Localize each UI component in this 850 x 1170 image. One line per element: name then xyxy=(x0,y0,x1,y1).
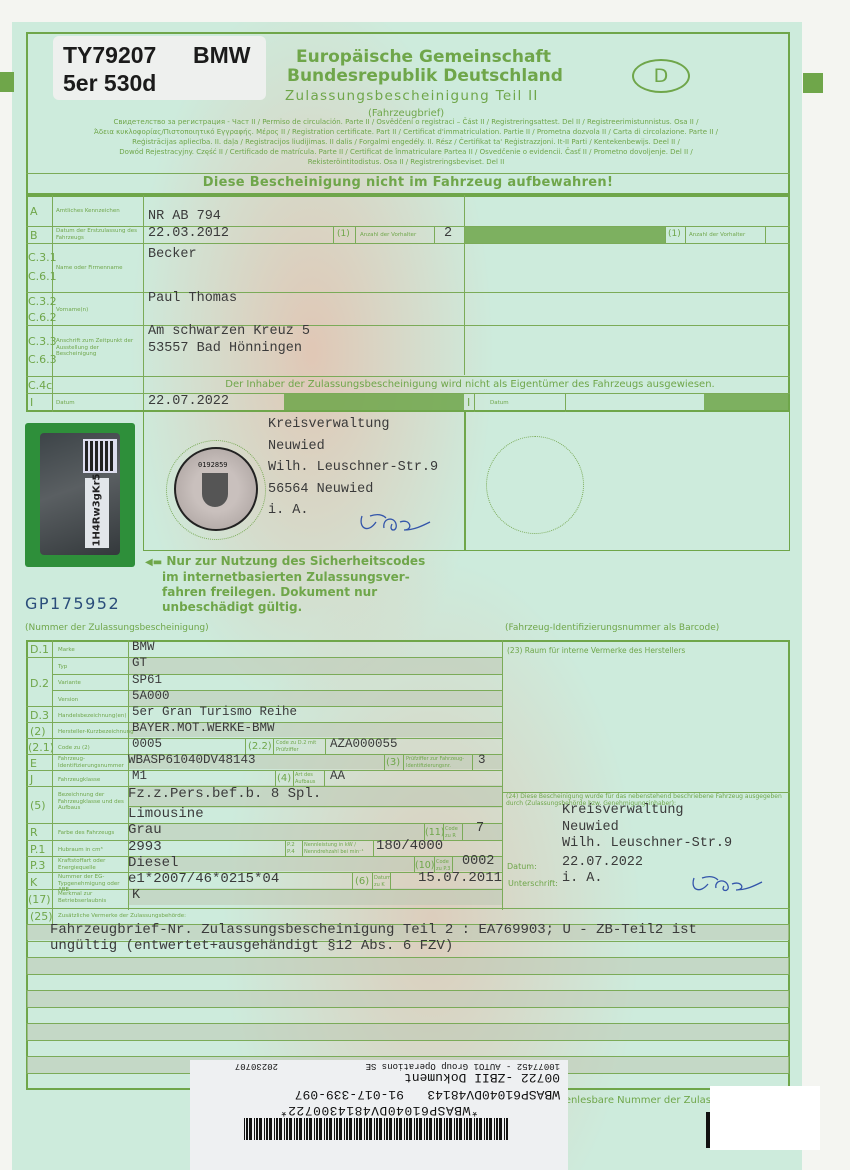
authority-line: Neuwied xyxy=(268,436,438,458)
field-code-r: R xyxy=(30,826,38,839)
signature-icon xyxy=(688,872,768,896)
field-code-2-2: (2.2) xyxy=(248,741,272,752)
field-label-version: Version xyxy=(58,697,78,704)
field-code-4: (4) xyxy=(277,773,291,784)
field-label-code-2: Code zu (2) xyxy=(58,745,90,752)
address-city-value: 53557 Bad Hönningen xyxy=(148,341,302,356)
field-label-displacement: Hubraum in cm³ xyxy=(58,847,103,854)
sticker-date: 20230707 xyxy=(235,1061,278,1071)
variant-value: SP61 xyxy=(132,673,162,687)
power-value: 180/4000 xyxy=(376,838,443,854)
field-label-check-digit: Prüfziffer zur Fahrzeug-Identifizierungs… xyxy=(406,756,470,769)
arrow-left-icon: ◀▬ xyxy=(145,557,162,568)
field-code-1: (1) xyxy=(337,229,350,239)
field-code-6: (6) xyxy=(355,876,369,887)
type-approval-value: e1*2007/46*0215*04 xyxy=(128,871,279,887)
header-title: Zulassungsbescheinigung Teil II xyxy=(285,88,539,104)
field-code-2-1: (2.1) xyxy=(28,741,54,754)
security-note: ◀▬ Nur zur Nutzung des Sicherheitscodes … xyxy=(145,554,425,615)
document-number: GP175952 xyxy=(25,594,120,613)
field-code-k: K xyxy=(30,876,37,889)
field-code-a: A xyxy=(30,205,38,218)
issuer-line: Neuwied xyxy=(562,820,732,837)
signature-icon xyxy=(356,510,436,536)
note-line: unbeschädigt gültig. xyxy=(145,600,425,615)
note-line: Nur zur Nutzung des Sicherheitscodes xyxy=(166,554,425,568)
issuer-date-value: 22.07.2022 xyxy=(562,855,643,870)
firstname-value: Paul Thomas xyxy=(148,291,237,306)
field-label-prev-owners-right: Anzahl der Vorhalter xyxy=(689,232,745,239)
issue-date-value: 22.07.2022 xyxy=(148,394,229,409)
field-label-firstname: Vorname(n) xyxy=(56,307,140,314)
field-label-power: Nennleistung in kW / Nenndrehzahl bei mi… xyxy=(304,842,372,855)
security-code-panel: 1H4Rw3gKr5 xyxy=(25,423,135,567)
vehicle-class-value: M1 xyxy=(132,769,147,783)
warning-text: Diese Bescheinigung nicht im Fahrzeug au… xyxy=(26,175,790,190)
remarks-line-1: Fahrzeugbrief-Nr. Zulassungsbescheinigun… xyxy=(50,922,697,938)
previous-owners-value: 2 xyxy=(444,226,452,241)
field-code-i: I xyxy=(30,396,33,409)
multilang-line: Dowód Rejestracyjny. Część II / Certific… xyxy=(36,147,776,157)
seal-outline-empty xyxy=(486,436,584,534)
note-line: im internetbasierten Zulassungsver- xyxy=(145,570,425,585)
field-code-c31: C.3.1 xyxy=(28,251,57,264)
void-bar xyxy=(704,394,790,411)
field-code-p3: P.3 xyxy=(30,859,45,872)
field-label-manufacturer: Hersteller-Kurzbezeichnung xyxy=(58,729,134,736)
check-digit-value: 3 xyxy=(478,753,486,767)
body-type-value: AA xyxy=(330,769,345,783)
color-value: Grau xyxy=(128,822,162,838)
field-label-remarks: Zusätzliche Vermerke der Zulassungsbehör… xyxy=(58,913,186,920)
issuer-line: Kreisverwaltung xyxy=(562,803,732,820)
multilang-line: Rekisteröintitodistus. Osa II / Registre… xyxy=(36,157,776,167)
field-code-c61: C.6.1 xyxy=(28,270,57,283)
license-plate-value: NR AB 794 xyxy=(148,209,221,224)
color-code-value: 7 xyxy=(476,821,484,836)
field-label-name: Name oder Firmenname xyxy=(56,265,140,272)
issuer-date-label: Datum: xyxy=(507,862,537,871)
field-code-3: (3) xyxy=(386,757,400,768)
authority-line: Kreisverwaltung xyxy=(268,414,438,436)
sticker-company: 10077452 - AUTO1 Group Operations SE xyxy=(366,1061,560,1071)
hologram-label: 1H4Rw3gKr5 xyxy=(40,433,120,555)
sticker-vin: WBASP61040DV48143 xyxy=(427,1087,560,1102)
multilingual-title: Свидетелство за регистрация - Част II / … xyxy=(36,117,776,167)
datamatrix-code-icon xyxy=(83,439,117,473)
field-code-5: (5) xyxy=(30,799,46,812)
security-code-text: 1H4Rw3gKr5 xyxy=(92,477,103,547)
void-bar xyxy=(284,394,464,411)
field-code-i-right: I xyxy=(467,396,470,409)
header-germany: Bundesrepublik Deutschland xyxy=(287,66,563,86)
displacement-value: 2993 xyxy=(128,839,162,855)
authority-line: 56564 Neuwied xyxy=(268,479,438,501)
document-number-label: (Nummer der Zulassungsbescheinigung) xyxy=(25,623,209,633)
field-label-prev-owners: Anzahl der Vorhalter xyxy=(360,232,416,239)
field-code-c62: C.6.2 xyxy=(28,311,57,324)
version-value: 5A000 xyxy=(132,689,170,703)
security-code-strip: 1H4Rw3gKr5 xyxy=(85,478,109,548)
operating-permit-value: K xyxy=(132,888,140,903)
fuel-code-value: 0002 xyxy=(462,854,494,869)
barcode-text: *WBASP61040DV4814300722* xyxy=(190,1103,568,1118)
authority-line: Wilh. Leuschner-Str.9 xyxy=(268,457,438,479)
edge-marker-right xyxy=(803,73,823,93)
coat-of-arms-icon xyxy=(202,473,228,507)
ownership-disclaimer: Der Inhaber der Zulassungsbescheinigung … xyxy=(150,379,790,390)
field-label-class-body: Bezeichnung der Fahrzeugklasse und des A… xyxy=(58,792,126,812)
class-description-value: Fz.z.Pers.bef.b. 8 Spl. xyxy=(128,786,321,802)
signature-label: Unterschrift: xyxy=(508,879,558,888)
sticker-ref: 91-017-339-097 xyxy=(295,1087,404,1102)
manufacturer-value: BAYER.MOT.WERKE-BMW xyxy=(132,721,275,735)
field-code-d2: D.2 xyxy=(30,677,49,690)
manufacturer-code-value: 0005 xyxy=(132,737,162,751)
field-code-11: (11) xyxy=(425,827,445,838)
field-code-p2-p4: P.2 P.4 xyxy=(287,842,301,855)
multilang-line: Свидетелство за регистрация - Част II / … xyxy=(36,117,776,127)
sticker-vin-line: WBASP61040DV48143 91-017-339-097 xyxy=(295,1087,560,1102)
field-label-b: Datum der Erstzulassung des Fahrzeugs xyxy=(56,228,140,241)
multilang-line: Άδεια κυκλοφορίας/Πιστοποιητικό Εγγραφής… xyxy=(36,127,776,137)
field-label-approval-date: Datum zu K xyxy=(374,875,390,888)
field-label-fuel: Kraftstoffart oder Energiequelle xyxy=(58,858,126,871)
field-code-d3: D.3 xyxy=(30,709,49,722)
fuel-value: Diesel xyxy=(128,855,178,871)
field-label-color: Farbe des Fahrzeugs xyxy=(58,830,114,837)
field-label-date-right: Datum xyxy=(490,400,509,407)
field-code-p1: P.1 xyxy=(30,843,45,856)
country-code-oval: D xyxy=(632,59,690,93)
field-label-body-type: Art des Aufbaus xyxy=(295,772,323,785)
field-label-date: Datum xyxy=(56,400,75,407)
multilang-line: Reģistrācijas apliecība. II. daļa / Regi… xyxy=(36,137,776,147)
seal-number: 0192859 xyxy=(198,461,228,469)
field-label-make: Marke xyxy=(58,647,75,654)
signature-value: i. A. xyxy=(562,871,603,886)
issuer-address: Kreisverwaltung Neuwied Wilh. Leuschner-… xyxy=(562,803,732,853)
field-label-type: Typ xyxy=(58,664,67,671)
vin-barcode-label: (Fahrzeug-Identifizierungsnummer als Bar… xyxy=(505,623,719,633)
redaction-box xyxy=(710,1086,820,1150)
sticker-brand: BMW xyxy=(193,42,250,69)
field-label-color-code: Code zu R xyxy=(445,826,461,839)
edge-marker-left xyxy=(0,72,14,92)
official-seal: 0192859 xyxy=(174,447,258,531)
sticker-stock-number: TY79207 xyxy=(63,42,156,69)
field-label-a: Amtliches Kennzeichen xyxy=(56,208,140,215)
sticker-model: 5er 530d xyxy=(63,70,156,97)
vin-value: WBASP61040DV48143 xyxy=(128,753,256,767)
field-label-address: Anschrift zum Zeitpunkt der Ausstellung … xyxy=(56,338,140,358)
body-description-value: Limousine xyxy=(128,806,204,822)
void-bar xyxy=(465,227,665,243)
header-eu: Europäische Gemeinschaft xyxy=(296,47,551,67)
sticker-document-type: 00722 -ZBII Dokument xyxy=(404,1070,560,1085)
type-code-value: AZA000055 xyxy=(330,737,398,751)
field-code-c32: C.3.2 xyxy=(28,295,57,308)
field-label-vehicle-class: Fahrzeugklasse xyxy=(58,777,100,784)
authority-address: Kreisverwaltung Neuwied Wilh. Leuschner-… xyxy=(268,414,438,522)
trade-name-value: 5er Gran Turismo Reihe xyxy=(132,705,297,719)
surname-value: Becker xyxy=(148,247,197,262)
issuer-line: Wilh. Leuschner-Str.9 xyxy=(562,836,732,853)
address-street-value: Am schwarzen Kreuz 5 xyxy=(148,324,310,339)
field-code-c63: C.6.3 xyxy=(28,353,57,366)
field-label-variant: Variante xyxy=(58,680,81,687)
field-code-1-right: (1) xyxy=(668,229,681,239)
field-label-operating-permit: Merkmal zur Betriebserlaubnis xyxy=(58,891,126,904)
field-code-b: B xyxy=(30,229,38,242)
top-sticker: TY79207 BMW 5er 530d xyxy=(53,36,266,100)
field-label-vin: Fahrzeug-Identifizierungsnummer xyxy=(58,756,126,769)
type-value: GT xyxy=(132,656,147,670)
field-code-j: J xyxy=(30,773,33,786)
field-code-d1: D.1 xyxy=(30,643,49,656)
field-code-2: (2) xyxy=(30,725,46,738)
dealer-sticker-content: *WBASP61040DV4814300722* WBASP61040DV481… xyxy=(190,1060,568,1170)
note-line: fahren freilegen. Dokument nur xyxy=(145,585,425,600)
manufacturer-notes-label: (23) Raum für interne Vermerke des Herst… xyxy=(507,646,685,655)
field-code-c33: C.3.3 xyxy=(28,335,57,348)
field-label-trade-name: Handelsbezeichnung(en) xyxy=(58,713,127,720)
field-code-c4c: C.4c xyxy=(28,379,52,392)
approval-date-value: 15.07.2011 xyxy=(418,870,502,886)
dealer-sticker: *WBASP61040DV4814300722* WBASP61040DV481… xyxy=(190,1060,568,1170)
field-label-type-code: Code zu D.2 mit Prüfziffer xyxy=(276,740,324,753)
make-value: BMW xyxy=(132,640,155,654)
vin-barcode xyxy=(243,1118,508,1140)
remarks-line-2: ungültig (entwertet+ausgehändigt §12 Abs… xyxy=(50,938,453,954)
barcode-fragment xyxy=(706,1112,710,1148)
field-code-e: E xyxy=(30,757,37,770)
first-registration-value: 22.03.2012 xyxy=(148,226,229,241)
field-code-17: (17) xyxy=(28,893,51,906)
